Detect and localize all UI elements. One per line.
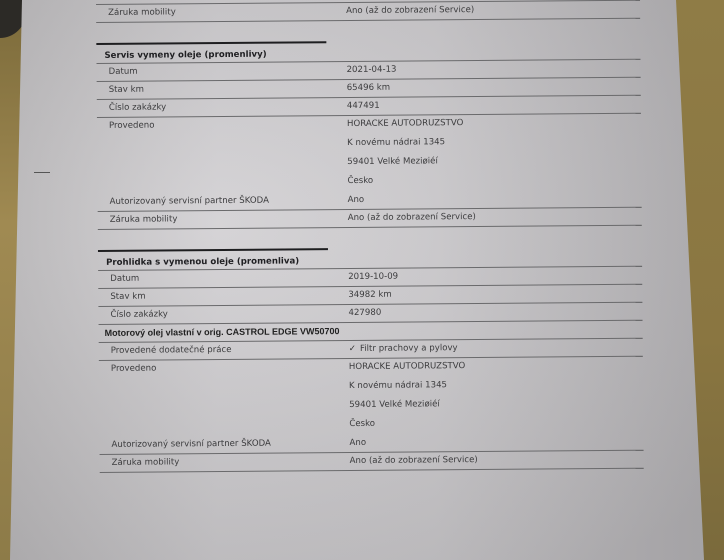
partner-label: Autorizovaný servisní partner ŠKODA — [111, 436, 271, 454]
address-line: Česko — [349, 415, 466, 433]
stav-km-label: Stav km — [110, 289, 145, 306]
address-line: Česko — [347, 172, 464, 190]
stav-km-value: 34982 km — [348, 287, 392, 304]
zaruka-label: Záruka mobility — [110, 211, 178, 229]
zaruka-label: Záruka mobility — [108, 4, 176, 22]
address-line: HORACKE AUTODRUZSTVO — [349, 358, 466, 376]
provedeno-label: Provedeno — [109, 118, 155, 135]
datum-value: 2021-04-13 — [346, 62, 396, 79]
address-line: K novému nádrai 1345 — [347, 134, 464, 152]
partner-value: Ano — [349, 435, 366, 452]
partner-value: Ano — [348, 192, 365, 209]
zaruka-value: Ano (až do zobrazení Service) — [348, 209, 476, 227]
provedeno-label: Provedeno — [111, 361, 157, 378]
oil-note: Motorový olej vlastní v orig. CASTROL ED… — [105, 323, 340, 342]
datum-label: Datum — [109, 64, 138, 81]
provedeno-address: HORACKE AUTODRUZSTVO K novému nádrai 134… — [349, 358, 466, 435]
zaruka-value: Ano (až do zobrazení Service) — [350, 452, 478, 470]
cislo-label: Číslo zakázky — [110, 306, 168, 323]
section-rule — [98, 248, 328, 252]
extra-work-value: ✓Filtr prachovy a pylovy — [349, 340, 458, 358]
zaruka-value: Ano (až do zobrazení Service) — [346, 2, 474, 20]
address-line: HORACKE AUTODRUZSTVO — [347, 115, 464, 133]
service-record: Záruka mobility Ano (až do zobrazení Ser… — [96, 0, 644, 473]
datum-value: 2019-10-09 — [348, 269, 398, 286]
address-line: 59401 Velké Meziøiéí — [349, 396, 466, 414]
margin-mark — [34, 172, 50, 173]
address-line: 59401 Velké Meziøiéí — [347, 153, 464, 171]
datum-label: Datum — [110, 271, 139, 288]
provedeno-row: Provedeno HORACKE AUTODRUZSTVO K novému … — [99, 357, 644, 437]
stav-km-label: Stav km — [109, 82, 144, 99]
cislo-label: Číslo zakázky — [109, 99, 167, 116]
partner-label: Autorizovaný servisní partner ŠKODA — [110, 193, 270, 211]
address-line: K novému nádrai 1345 — [349, 377, 466, 395]
provedeno-address: HORACKE AUTODRUZSTVO K novému nádrai 134… — [347, 115, 464, 192]
zaruka-row: Záruka mobility Ano (až do zobrazení Ser… — [98, 208, 642, 230]
extra-work-text: Filtr prachovy a pylovy — [360, 343, 458, 354]
top-zaruka-row: Záruka mobility Ano (až do zobrazení Ser… — [96, 1, 640, 23]
checkmark-icon: ✓ — [349, 344, 356, 354]
cislo-value: 427980 — [348, 305, 381, 322]
provedeno-row: Provedeno HORACKE AUTODRUZSTVO K novému … — [97, 114, 642, 194]
zaruka-label: Záruka mobility — [112, 454, 180, 472]
cislo-value: 447491 — [347, 98, 380, 115]
extra-work-label: Provedené dodatečné práce — [111, 342, 232, 360]
section-rule — [96, 41, 326, 45]
stav-km-value: 65496 km — [347, 80, 391, 97]
